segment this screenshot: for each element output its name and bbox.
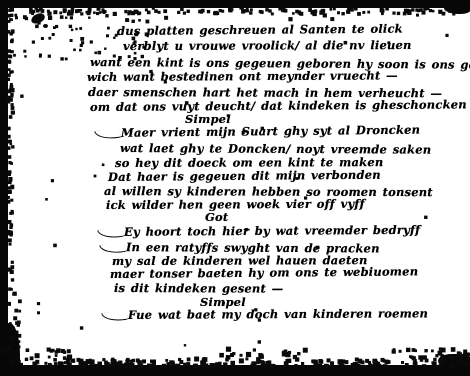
scan-noise bbox=[0, 0, 2, 2]
manuscript-line-text: Maer vrient mijn Suart ghy syt al Dronck… bbox=[121, 123, 420, 140]
manuscript-line: wat laet ghy te Doncken/ noyt vreemde sa… bbox=[120, 141, 431, 157]
manuscript-line: om dat ons vuyt deucht/ dat kindeken is … bbox=[90, 97, 467, 114]
manuscript-line-text: Ey hoort toch hier by wat vreemder bedry… bbox=[124, 223, 420, 239]
page-border-left bbox=[0, 0, 8, 376]
ink-blot bbox=[5, 323, 20, 369]
manuscript-line: Fue wat baet my doch van kinderen roemen bbox=[102, 306, 428, 322]
manuscript-line: ick wilder hen geen woek vier off vyff bbox=[106, 197, 365, 212]
manuscript-line: Got bbox=[205, 210, 228, 224]
ink-blot bbox=[43, 24, 48, 28]
manuscript-line: Dat haer is gegeuen dit mijn verbonden bbox=[108, 168, 381, 184]
manuscript-line: is dit kindeken gesent — bbox=[114, 281, 283, 296]
manuscript-line: maer tonser baeten hy om ons te webiuome… bbox=[110, 264, 418, 281]
ink-blot bbox=[444, 5, 470, 14]
ink-blot bbox=[30, 12, 46, 25]
flourish-stroke bbox=[94, 127, 121, 142]
flourish-stroke bbox=[101, 309, 128, 324]
manuscript-page: dus platten geschreuen al Santen te olic… bbox=[0, 0, 470, 376]
manuscript-line: dus platten geschreuen al Santen te olic… bbox=[117, 22, 403, 38]
manuscript-line-text: Fue wat baet my doch van kinderen roemen bbox=[128, 306, 428, 322]
flourish-stroke bbox=[97, 226, 124, 241]
manuscript-line: wich want bestedinen ont meynder vruecht… bbox=[87, 68, 398, 84]
manuscript-line: verblyt u vrouwe vroolick/ al die nv lie… bbox=[123, 38, 412, 53]
page-border-bottom bbox=[0, 365, 470, 376]
manuscript-line: Maer vrient mijn Suart ghy syt al Dronck… bbox=[95, 123, 420, 140]
page-border-top bbox=[0, 0, 470, 8]
manuscript-line: Ey hoort toch hier by wat vreemder bedry… bbox=[98, 223, 420, 239]
